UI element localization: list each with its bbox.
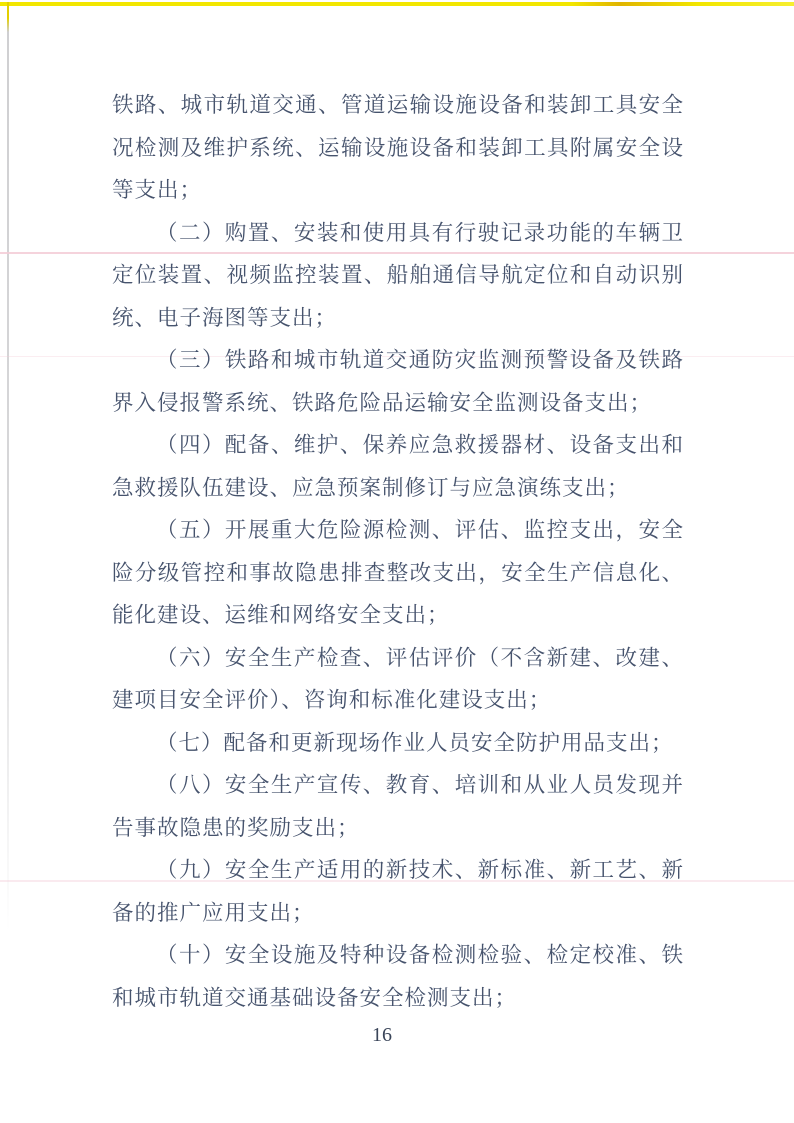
text-line: （四）配备、维护、保养应急救援器材、设备支出和应 (112, 424, 684, 467)
text-line: 况检测及维护系统、运输设施设备和装卸工具附属安全设备 (112, 127, 684, 170)
document-body-text: 铁路、城市轨道交通、管道运输设施设备和装卸工具安全状况检测及维护系统、运输设施设… (112, 84, 684, 1019)
text-line: （十）安全设施及特种设备检测检验、检定校准、铁路 (112, 934, 684, 977)
text-line: （二）购置、安装和使用具有行驶记录功能的车辆卫星 (112, 212, 684, 255)
text-line: 统、电子海图等支出； (112, 297, 684, 340)
scan-top-edge-artifact (0, 2, 794, 6)
text-line: 定位装置、视频监控装置、船舶通信导航定位和自动识别系 (112, 254, 684, 297)
text-line: 界入侵报警系统、铁路危险品运输安全监测设备支出； (112, 382, 684, 425)
text-line: 建项目安全评价）、咨询和标准化建设支出； (112, 679, 684, 722)
page-number: 16 (0, 1022, 764, 1048)
text-line: 险分级管控和事故隐患排查整改支出，安全生产信息化、智 (112, 552, 684, 595)
scan-left-edge-artifact (7, 2, 9, 932)
text-line: （六）安全生产检查、评估评价（不含新建、改建、扩 (112, 637, 684, 680)
text-line: （八）安全生产宣传、教育、培训和从业人员发现并报 (112, 764, 684, 807)
text-line: （五）开展重大危险源检测、评估、监控支出，安全风 (112, 509, 684, 552)
text-line: 能化建设、运维和网络安全支出； (112, 594, 684, 637)
text-line: （七）配备和更新现场作业人员安全防护用品支出； (112, 722, 684, 765)
text-line: （三）铁路和城市轨道交通防灾监测预警设备及铁路周 (112, 339, 684, 382)
scanned-document-page: 铁路、城市轨道交通、管道运输设施设备和装卸工具安全状况检测及维护系统、运输设施设… (0, 0, 794, 1123)
text-line: （九）安全生产适用的新技术、新标准、新工艺、新装 (112, 849, 684, 892)
text-line: 铁路、城市轨道交通、管道运输设施设备和装卸工具安全状 (112, 84, 684, 127)
text-line: 等支出； (112, 169, 684, 212)
text-line: 备的推广应用支出； (112, 892, 684, 935)
text-line: 和城市轨道交通基础设备安全检测支出； (112, 977, 684, 1020)
text-line: 告事故隐患的奖励支出； (112, 807, 684, 850)
text-line: 急救援队伍建设、应急预案制修订与应急演练支出； (112, 467, 684, 510)
